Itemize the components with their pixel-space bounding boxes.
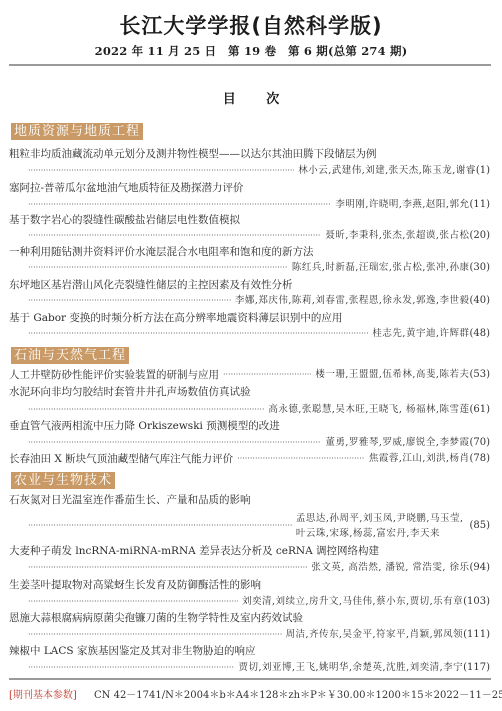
article-title[interactable]: 水泥环向非均匀胶结时套管井井孔声场数值仿真试验 (9, 384, 251, 400)
article-byline: 周洁,齐传东,吴金平,符家平,肖颖,郭凤领 (111) (28, 627, 490, 643)
article-title[interactable]: 基于数字岩心的裂缝性碳酸盐岩储层电性数值模拟 (9, 212, 240, 228)
article-byline-inline: 长春油田 X 断块气顶油藏型储气库注气能力评价 焦霞蓉,江山,刘洪,杨肖 (78… (9, 451, 490, 467)
article-authors: 孟思达,孙周平,刘玉凤,尹晓鹏,马玉莹, 叶云珠,宋琢,杨蕊,富宏丹,李天来 (296, 511, 464, 541)
article-title[interactable]: 粗粒非均质油藏流动单元划分及测井物性模型——以达尔其油田腾下段储层为例 (9, 146, 377, 162)
article-page[interactable]: (1) (476, 163, 490, 179)
article-authors: 李娜,郑庆伟,陈莉,刘春雷,张程恩,徐永发,郭逸,李世毅 (235, 293, 470, 309)
article-authors: 桂志先,黄宇迪,许辉群 (372, 326, 469, 342)
article-byline: 聂昕,李秉科,张杰,张超谟,张占松 (20) (28, 228, 490, 244)
article-page[interactable]: (117) (463, 660, 490, 676)
parameters-label: [期刊基本参数] (9, 690, 77, 701)
article-byline: 李娜,郑庆伟,陈莉,刘春雷,张程恩,徐永发,郭逸,李世毅 (40) (28, 293, 490, 309)
dot-leader (28, 163, 294, 179)
article-byline: 董勇,罗雅琴,罗威,廖锐全,李梦霞 (70) (28, 435, 490, 451)
article-authors: 贾切,刘亚博,王飞,姚明华,余楚英,沈胜,刘奕清,李宁 (238, 660, 463, 676)
article-title[interactable]: 一种利用随钻测井资料评价水淹层混合水电阻率和饱和度的新方法 (9, 244, 314, 260)
article-title[interactable]: 恩施大蒜根腐病病原菌尖孢镰刀菌的生物学特性及室内药效试验 (9, 610, 303, 626)
article-authors: 董勇,罗雅琴,罗威,廖锐全,李梦霞 (325, 435, 469, 451)
article-page[interactable]: (111) (463, 627, 490, 643)
journal-parameters: [期刊基本参数] CN 42－1741/N＊2004＊b＊A4＊128＊zh＊P… (9, 686, 502, 701)
article-byline: 林小云,武建伟,刘建,张天杰,陈玉龙,谢睿 (1) (28, 163, 490, 179)
top-divider (9, 64, 491, 66)
article-authors: 周洁,齐传东,吴金平,符家平,肖颖,郭凤领 (286, 627, 464, 643)
article-page[interactable]: (53) (469, 367, 490, 383)
toc-heading: 目 次 (0, 88, 502, 107)
article-authors: 陈红兵,时新磊,汪瑞宏,张占松,张冲,孙康 (292, 260, 470, 276)
article-authors: 林小云,武建伟,刘建,张天杰,陈玉龙,谢睿 (298, 163, 476, 179)
article-title[interactable]: 东坪地区基岩潜山风化壳裂缝性储层的主控因素及有效性分析 (9, 277, 293, 293)
article-title[interactable]: 塞阿拉-普蒂瓜尔盆地油气地质特征及勘探潜力评价 (9, 180, 244, 196)
article-authors: 聂昕,李秉科,张杰,张超谟,张占松 (325, 228, 469, 244)
article-page[interactable]: (94) (469, 560, 490, 576)
dot-leader (28, 197, 331, 213)
dot-leader (28, 402, 264, 418)
article-title[interactable]: 大麦种子萌发 lncRNA-miRNA-mRNA 差异表达分析及 ceRNA 调… (9, 543, 379, 559)
dot-leader (28, 435, 321, 451)
article-authors: 李明刚,许晓明,李燕,赵阳,郭允 (335, 197, 469, 213)
article-byline: 张文英, 高浩然, 潘锐, 常浩雯, 徐乐 (94) (28, 560, 490, 576)
article-byline: 高永德,张聪慧,吴木旺,王晓飞, 杨福林,陈雪莲 (61) (28, 402, 490, 418)
article-page[interactable]: (70) (469, 435, 490, 451)
article-page[interactable]: (30) (469, 260, 490, 276)
article-authors: 刘奕清,刘续立,房升文,马佳伟,蔡小东,贾切,乐有章 (242, 594, 463, 610)
dot-leader (28, 627, 282, 643)
article-byline: 桂志先,黄宇迪,许辉群 (48) (28, 326, 490, 342)
dot-leader (28, 518, 292, 534)
article-page[interactable]: (11) (469, 197, 490, 213)
bottom-divider (9, 678, 491, 680)
article-page[interactable]: (103) (463, 594, 490, 610)
section-tag-petroleum: 石油与天然气工程 (11, 347, 129, 364)
section-tag-geology: 地质资源与地质工程 (11, 123, 143, 140)
article-page[interactable]: (61) (469, 402, 490, 418)
article-byline-multi: 孟思达,孙周平,刘玉凤,尹晓鹏,马玉莹, 叶云珠,宋琢,杨蕊,富宏丹,李天来 (… (28, 510, 490, 542)
authors-line-2: 叶云珠,宋琢,杨蕊,富宏丹,李天来 (296, 526, 464, 541)
dot-leader (28, 326, 368, 342)
article-title[interactable]: 人工井壁防砂性能评价实验装置的研制与应用 (9, 367, 219, 383)
dot-leader (223, 367, 311, 383)
article-title[interactable]: 辣椒中 LACS 家族基因鉴定及其对非生物胁迫的响应 (9, 643, 255, 659)
article-authors: 张文英, 高浩然, 潘锐, 常浩雯, 徐乐 (311, 560, 469, 576)
article-byline: 陈红兵,时新磊,汪瑞宏,张占松,张冲,孙康 (30) (28, 260, 490, 276)
dot-leader (28, 228, 321, 244)
authors-line-1: 孟思达,孙周平,刘玉凤,尹晓鹏,马玉莹, (296, 511, 464, 526)
article-title[interactable]: 石灰氮对日光温室连作番茄生长、产量和品质的影响 (9, 492, 251, 508)
article-byline: 李明刚,许晓明,李燕,赵阳,郭允 (11) (28, 197, 490, 213)
article-title[interactable]: 长春油田 X 断块气顶油藏型储气库注气能力评价 (9, 451, 233, 467)
article-page[interactable]: (40) (469, 293, 490, 309)
dot-leader (237, 451, 365, 467)
article-page[interactable]: (85) (469, 518, 490, 534)
issue-info: 2022 年 11 月 25 日 第 19 卷 第 6 期(总第 274 期) (0, 43, 502, 59)
parameters-value: CN 42－1741/N＊2004＊b＊A4＊128＊zh＊P＊￥30.00＊1… (94, 690, 502, 701)
article-title[interactable]: 基于 Gabor 变换的时频分析方法在高分辨率地震资料薄层识别中的应用 (9, 310, 342, 326)
dot-leader (28, 660, 234, 676)
article-authors: 焦霞蓉,江山,刘洪,杨肖 (369, 451, 470, 467)
article-title[interactable]: 生姜茎叶提取物对高粱蚜生长发育及防御酶活性的影响 (9, 577, 261, 593)
article-byline: 贾切,刘亚博,王飞,姚明华,余楚英,沈胜,刘奕清,李宁 (117) (28, 660, 490, 676)
article-byline-inline: 人工井壁防砂性能评价实验装置的研制与应用 楼一珊,王盟盟,伍希林,高斐,陈若夫 … (9, 367, 490, 383)
article-page[interactable]: (78) (469, 451, 490, 467)
article-authors: 高永德,张聪慧,吴木旺,王晓飞, 杨福林,陈雪莲 (268, 402, 469, 418)
article-page[interactable]: (20) (469, 228, 490, 244)
dot-leader (28, 594, 238, 610)
article-byline: 刘奕清,刘续立,房升文,马佳伟,蔡小东,贾切,乐有章 (103) (28, 594, 490, 610)
section-tag-agriculture: 农业与生物技术 (11, 472, 115, 489)
dot-leader (28, 260, 288, 276)
dot-leader (28, 293, 231, 309)
article-page[interactable]: (48) (469, 326, 490, 342)
dot-leader (28, 560, 307, 576)
article-authors: 楼一珊,王盟盟,伍希林,高斐,陈若夫 (315, 367, 469, 383)
journal-title: 长江大学学报(自然科学版) (0, 10, 502, 40)
article-title[interactable]: 垂直管气液两相流中压力降 Orkiszewski 预测模型的改进 (9, 418, 280, 434)
